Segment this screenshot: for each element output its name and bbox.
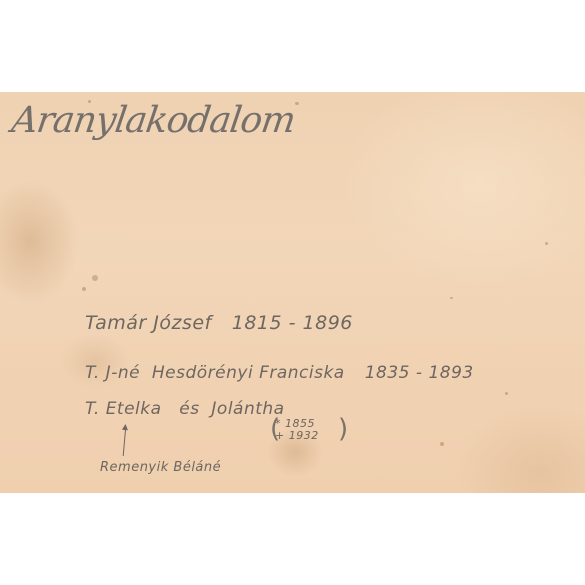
heading-text: Aranylakodalom bbox=[9, 100, 297, 141]
life-years: 1835 - 1893 bbox=[365, 363, 474, 383]
stain-speck bbox=[92, 275, 98, 281]
name-prefix: T. J-né bbox=[85, 363, 140, 383]
stain-speck bbox=[82, 287, 86, 291]
stain-speck bbox=[545, 242, 548, 245]
stain-speck bbox=[440, 442, 444, 446]
person-name: Hesdörényi Franciska bbox=[152, 363, 345, 383]
jolantha-dates: * 1855 + 1932 bbox=[275, 418, 319, 442]
name-prefix: T. bbox=[85, 399, 100, 419]
person-name: Etelka bbox=[106, 399, 162, 419]
life-years: 1815 - 1896 bbox=[232, 312, 353, 334]
entry-line-2: T. J-né Hesdörényi Franciska1835 - 1893 bbox=[85, 363, 474, 383]
caption-text: Remenyik Béláné bbox=[100, 460, 221, 475]
entry-line-1: Tamár József1815 - 1896 bbox=[85, 312, 353, 334]
entry-line-3: T. Etelka és Jolántha bbox=[85, 399, 285, 419]
stain-speck bbox=[450, 297, 453, 299]
paren-close: ) bbox=[338, 414, 348, 444]
person-name: Tamár József bbox=[85, 312, 212, 334]
conjunction: és bbox=[179, 399, 199, 419]
stain-speck bbox=[505, 392, 508, 395]
death-date: + 1932 bbox=[275, 430, 319, 442]
